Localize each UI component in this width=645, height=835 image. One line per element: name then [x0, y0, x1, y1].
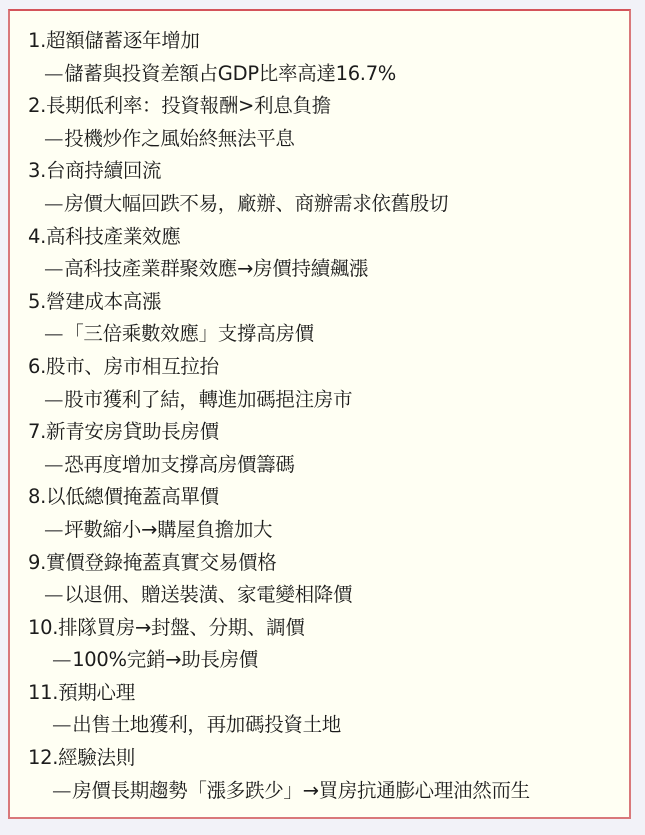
item-heading: 12.經驗法則 [28, 742, 619, 775]
factors-panel: 1.超額儲蓄逐年增加 —儲蓄與投資差額占GDP比率高達16.7% 2.長期低利率… [8, 9, 631, 819]
list-item-1: 1.超額儲蓄逐年增加 —儲蓄與投資差額占GDP比率高達16.7% [28, 25, 619, 90]
item-detail-line: —以退佣、贈送裝潢、家電變相降價 [28, 579, 619, 612]
item-detail-line: —房價大幅回跌不易，廠辦、商辦需求依舊殷切 [28, 188, 619, 221]
item-detail-line: —儲蓄與投資差額占GDP比率高達16.7% [28, 58, 619, 91]
item-heading: 6.股市、房市相互拉抬 [28, 351, 619, 384]
item-detail-line: —「三倍乘數效應」支撐高房價 [28, 318, 619, 351]
item-title: 預期心理 [58, 681, 135, 704]
item-number: 4. [28, 225, 46, 248]
item-detail-line: —高科技產業群聚效應→房價持續飆漲 [28, 253, 619, 286]
item-detail: 股市獲利了結，轉進加碼挹注房市 [64, 388, 352, 411]
item-heading: 9.實價登錄掩蓋真實交易價格 [28, 547, 619, 580]
item-detail: 房價長期趨勢「漲多跌少」→買房抗通膨心理油然而生 [72, 779, 530, 802]
dash-icon: — [52, 644, 71, 677]
item-heading: 7.新青安房貸助長房價 [28, 416, 619, 449]
item-detail-line: —出售土地獲利，再加碼投資土地 [28, 709, 619, 742]
item-detail-line: —房價長期趨勢「漲多跌少」→買房抗通膨心理油然而生 [28, 775, 619, 808]
item-detail: 坪數縮小→購屋負擔加大 [64, 518, 272, 541]
item-number: 5. [28, 290, 46, 313]
item-heading: 8.以低總價掩蓋高單價 [28, 481, 619, 514]
item-number: 6. [28, 355, 46, 378]
item-detail: 房價大幅回跌不易，廠辦、商辦需求依舊殷切 [64, 192, 448, 215]
item-title: 台商持續回流 [46, 159, 161, 182]
list-item-3: 3.台商持續回流 —房價大幅回跌不易，廠辦、商辦需求依舊殷切 [28, 155, 619, 220]
item-detail: 以退佣、贈送裝潢、家電變相降價 [64, 583, 352, 606]
list-item-7: 7.新青安房貸助長房價 —恐再度增加支撐高房價籌碼 [28, 416, 619, 481]
item-number: 9. [28, 551, 46, 574]
item-title: 以低總價掩蓋高單價 [46, 485, 219, 508]
dash-icon: — [44, 449, 63, 482]
list-item-8: 8.以低總價掩蓋高單價 —坪數縮小→購屋負擔加大 [28, 481, 619, 546]
item-number: 3. [28, 159, 46, 182]
list-item-12: 12.經驗法則 —房價長期趨勢「漲多跌少」→買房抗通膨心理油然而生 [28, 742, 619, 807]
dash-icon: — [44, 253, 63, 286]
item-detail: 100%完銷→助長房價 [72, 648, 258, 671]
item-title: 高科技產業效應 [46, 225, 180, 248]
item-detail: 恐再度增加支撐高房價籌碼 [64, 453, 294, 476]
item-detail: 高科技產業群聚效應→房價持續飆漲 [64, 257, 368, 280]
item-title: 排隊買房→封盤、分期、調價 [58, 616, 304, 639]
item-number: 7. [28, 420, 46, 443]
item-number: 10. [28, 616, 58, 639]
list-item-2: 2.長期低利率：投資報酬>利息負擔 —投機炒作之風始終無法平息 [28, 90, 619, 155]
item-detail-line: —100%完銷→助長房價 [28, 644, 619, 677]
item-title: 實價登錄掩蓋真實交易價格 [46, 551, 276, 574]
dash-icon: — [44, 123, 63, 156]
item-detail: 儲蓄與投資差額占GDP比率高達16.7% [64, 62, 396, 85]
item-detail-line: —坪數縮小→購屋負擔加大 [28, 514, 619, 547]
list-item-5: 5.營建成本高漲 —「三倍乘數效應」支撐高房價 [28, 286, 619, 351]
list-item-6: 6.股市、房市相互拉抬 —股市獲利了結，轉進加碼挹注房市 [28, 351, 619, 416]
item-heading: 4.高科技產業效應 [28, 221, 619, 254]
list-item-4: 4.高科技產業效應 —高科技產業群聚效應→房價持續飆漲 [28, 221, 619, 286]
item-detail-line: —投機炒作之風始終無法平息 [28, 123, 619, 156]
dash-icon: — [44, 514, 63, 547]
dash-icon: — [44, 318, 63, 351]
dash-icon: — [44, 58, 63, 91]
item-heading: 11.預期心理 [28, 677, 619, 710]
item-detail-line: —恐再度增加支撐高房價籌碼 [28, 449, 619, 482]
list-item-9: 9.實價登錄掩蓋真實交易價格 —以退佣、贈送裝潢、家電變相降價 [28, 547, 619, 612]
dash-icon: — [44, 579, 63, 612]
item-title: 超額儲蓄逐年增加 [46, 29, 200, 52]
item-number: 11. [28, 681, 58, 704]
dash-icon: — [44, 384, 63, 417]
item-title: 股市、房市相互拉抬 [46, 355, 219, 378]
item-title: 營建成本高漲 [46, 290, 161, 313]
item-number: 12. [28, 746, 58, 769]
dash-icon: — [52, 709, 71, 742]
item-detail: 出售土地獲利，再加碼投資土地 [72, 713, 341, 736]
item-detail-line: —股市獲利了結，轉進加碼挹注房市 [28, 384, 619, 417]
dash-icon: — [52, 775, 71, 808]
item-heading: 1.超額儲蓄逐年增加 [28, 25, 619, 58]
list-item-11: 11.預期心理 —出售土地獲利，再加碼投資土地 [28, 677, 619, 742]
item-detail: 投機炒作之風始終無法平息 [64, 127, 294, 150]
item-title: 經驗法則 [58, 746, 135, 769]
item-title: 新青安房貸助長房價 [46, 420, 219, 443]
item-title: 長期低利率：投資報酬>利息負擔 [46, 94, 331, 117]
item-heading: 3.台商持續回流 [28, 155, 619, 188]
dash-icon: — [44, 188, 63, 221]
item-number: 8. [28, 485, 46, 508]
item-number: 1. [28, 29, 46, 52]
factors-list: 1.超額儲蓄逐年增加 —儲蓄與投資差額占GDP比率高達16.7% 2.長期低利率… [28, 25, 619, 807]
item-heading: 10.排隊買房→封盤、分期、調價 [28, 612, 619, 645]
item-heading: 5.營建成本高漲 [28, 286, 619, 319]
item-number: 2. [28, 94, 46, 117]
item-detail: 「三倍乘數效應」支撐高房價 [64, 322, 314, 345]
item-heading: 2.長期低利率：投資報酬>利息負擔 [28, 90, 619, 123]
list-item-10: 10.排隊買房→封盤、分期、調價 —100%完銷→助長房價 [28, 612, 619, 677]
